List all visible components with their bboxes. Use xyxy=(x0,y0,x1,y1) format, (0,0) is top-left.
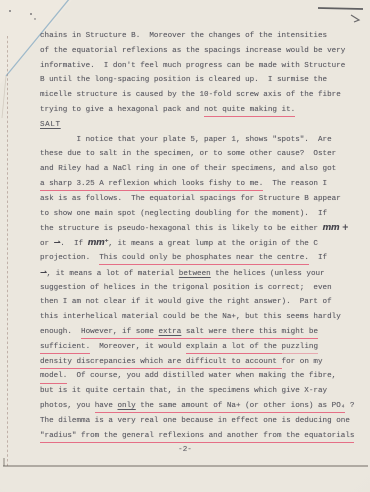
text-segment: between xyxy=(179,270,211,278)
text-line: the structure is pseudo-hexagonal this i… xyxy=(40,221,352,236)
text-line: a sharp 3.25 A reflexion which looks fis… xyxy=(40,177,352,192)
text-line: projection. This could only be phosphate… xyxy=(40,251,352,266)
handwritten-symbol: ⇀ xyxy=(40,268,47,278)
text-line: density discrepancies which are difficul… xyxy=(40,355,352,370)
text-segment: chains in Structure B. Moreover the chan… xyxy=(40,32,327,40)
text-segment: SALT xyxy=(40,121,61,129)
text-segment: a sharp 3.25 A reflexion which looks fis… xyxy=(40,180,263,192)
text-segment: of the equatorial reflexions as the spac… xyxy=(40,47,345,55)
page-number: -2- xyxy=(0,446,370,454)
text-line: ask is as follows. The equatorial spacin… xyxy=(40,192,352,207)
text-segment: However, if some xyxy=(81,328,158,340)
text-segment: B until the long-spacing position is cle… xyxy=(40,76,327,84)
text-line: to show one main spot (neglecting doubli… xyxy=(40,207,352,222)
text-segment: the same amount of Na+ (or other ions) a… xyxy=(136,402,346,414)
text-segment: micelle structure is caused by the 10-fo… xyxy=(40,91,341,99)
text-segment: sufficient. xyxy=(40,343,90,355)
text-segment: photos, you xyxy=(40,402,95,410)
text-segment: explain a lot of the xyxy=(186,343,282,355)
text-line: chains in Structure B. Moreover the chan… xyxy=(40,29,352,44)
text-line: informative. I don't feel much progress … xyxy=(40,59,352,74)
text-segment: density discrepancies which are difficul… xyxy=(40,358,282,370)
text-line: these due to salt in the specimen, or to… xyxy=(40,147,352,162)
letter-body: chains in Structure B. Moreover the chan… xyxy=(40,29,352,443)
text-segment: , it means a great lump at the origin of… xyxy=(108,240,318,248)
text-segment: ? xyxy=(345,402,354,410)
text-line: I notice that your plate 5, paper 1, sho… xyxy=(40,133,352,148)
text-segment: Moreover, it would xyxy=(90,343,186,351)
text-segment: these due to salt in the specimen, or to… xyxy=(40,150,336,158)
text-line: then I am not clear if it would give the… xyxy=(40,295,352,310)
text-line: B until the long-spacing position is cle… xyxy=(40,73,352,88)
text-segment: the helices (unless your xyxy=(211,270,325,278)
text-segment: projection. xyxy=(40,254,99,262)
text-segment: The reason I xyxy=(263,180,327,188)
text-line: suggestion of helices in the trigonal po… xyxy=(40,281,352,296)
text-line: "radius" from the general reflexions and… xyxy=(40,429,352,444)
text-segment: ask is as follows. The equatorial spacin… xyxy=(40,195,341,203)
handwritten-symbol: mm⁺ xyxy=(88,238,109,248)
text-segment: this interhelical material could be the … xyxy=(40,313,341,321)
text-segment: . If xyxy=(60,240,87,248)
text-line: photos, you have only the same amount of… xyxy=(40,399,352,414)
text-segment: then I am not clear if it would give the… xyxy=(40,298,332,306)
text-segment: Of course, you add distilled xyxy=(67,372,208,380)
text-segment: I notice that your plate 5, paper 1, sho… xyxy=(40,136,332,144)
text-segment: to show one main spot (neglecting doubli… xyxy=(40,210,327,218)
text-segment: If xyxy=(309,254,327,262)
text-line: and Riley had a NaCl ring in one of thei… xyxy=(40,162,352,177)
text-segment: only xyxy=(117,402,135,414)
text-segment: but is it quite certain that, in the spe… xyxy=(40,387,327,395)
handwritten-symbol: mm + xyxy=(323,223,349,233)
text-line: model. Of course, you add distilled wate… xyxy=(40,369,352,384)
text-segment: or xyxy=(40,240,54,248)
text-line: this interhelical material could be the … xyxy=(40,310,352,325)
text-segment: water when making the fibre, xyxy=(209,372,337,380)
text-segment: The dilemma is a very real one because i… xyxy=(40,417,350,425)
text-segment: for on my xyxy=(282,358,323,366)
text-segment: , it means a lot of material xyxy=(47,270,179,278)
text-line: but is it quite certain that, in the spe… xyxy=(40,384,352,399)
text-line: trying to give a hexagonal pack and not … xyxy=(40,103,352,118)
text-segment: enough. xyxy=(40,328,81,336)
text-line: of the equatorial reflexions as the spac… xyxy=(40,44,352,59)
text-segment: suggestion of helices in the trigonal po… xyxy=(40,284,332,292)
text-segment: "radius" from the general reflexions and… xyxy=(40,432,354,444)
text-segment: informative. I don't feel much progress … xyxy=(40,62,345,70)
text-segment: not quite making it. xyxy=(204,106,295,118)
text-segment: model. xyxy=(40,372,67,384)
text-segment: the structure is pseudo-hexagonal this i… xyxy=(40,225,323,233)
text-segment: have xyxy=(95,402,118,414)
text-line: The dilemma is a very real one because i… xyxy=(40,414,352,429)
text-line: ⇀, it means a lot of material between th… xyxy=(40,266,352,281)
text-segment: trying to give a hexagonal pack and xyxy=(40,106,204,114)
text-line: micelle structure is caused by the 10-fo… xyxy=(40,88,352,103)
text-line: sufficient. Moreover, it would explain a… xyxy=(40,340,352,355)
text-segment: puzzling xyxy=(282,343,318,355)
text-segment: and Riley had a NaCl ring in one of thei… xyxy=(40,165,336,173)
text-segment: This could only be phosphates near the c… xyxy=(99,254,309,266)
text-line: or ⇀. If mm⁺, it means a great lump at t… xyxy=(40,236,352,251)
text-segment: extra xyxy=(159,328,182,340)
salt-heading: SALT xyxy=(40,118,352,133)
text-line: enough. However, if some extra salt were… xyxy=(40,325,352,340)
text-segment: salt were there this might be xyxy=(181,328,318,340)
